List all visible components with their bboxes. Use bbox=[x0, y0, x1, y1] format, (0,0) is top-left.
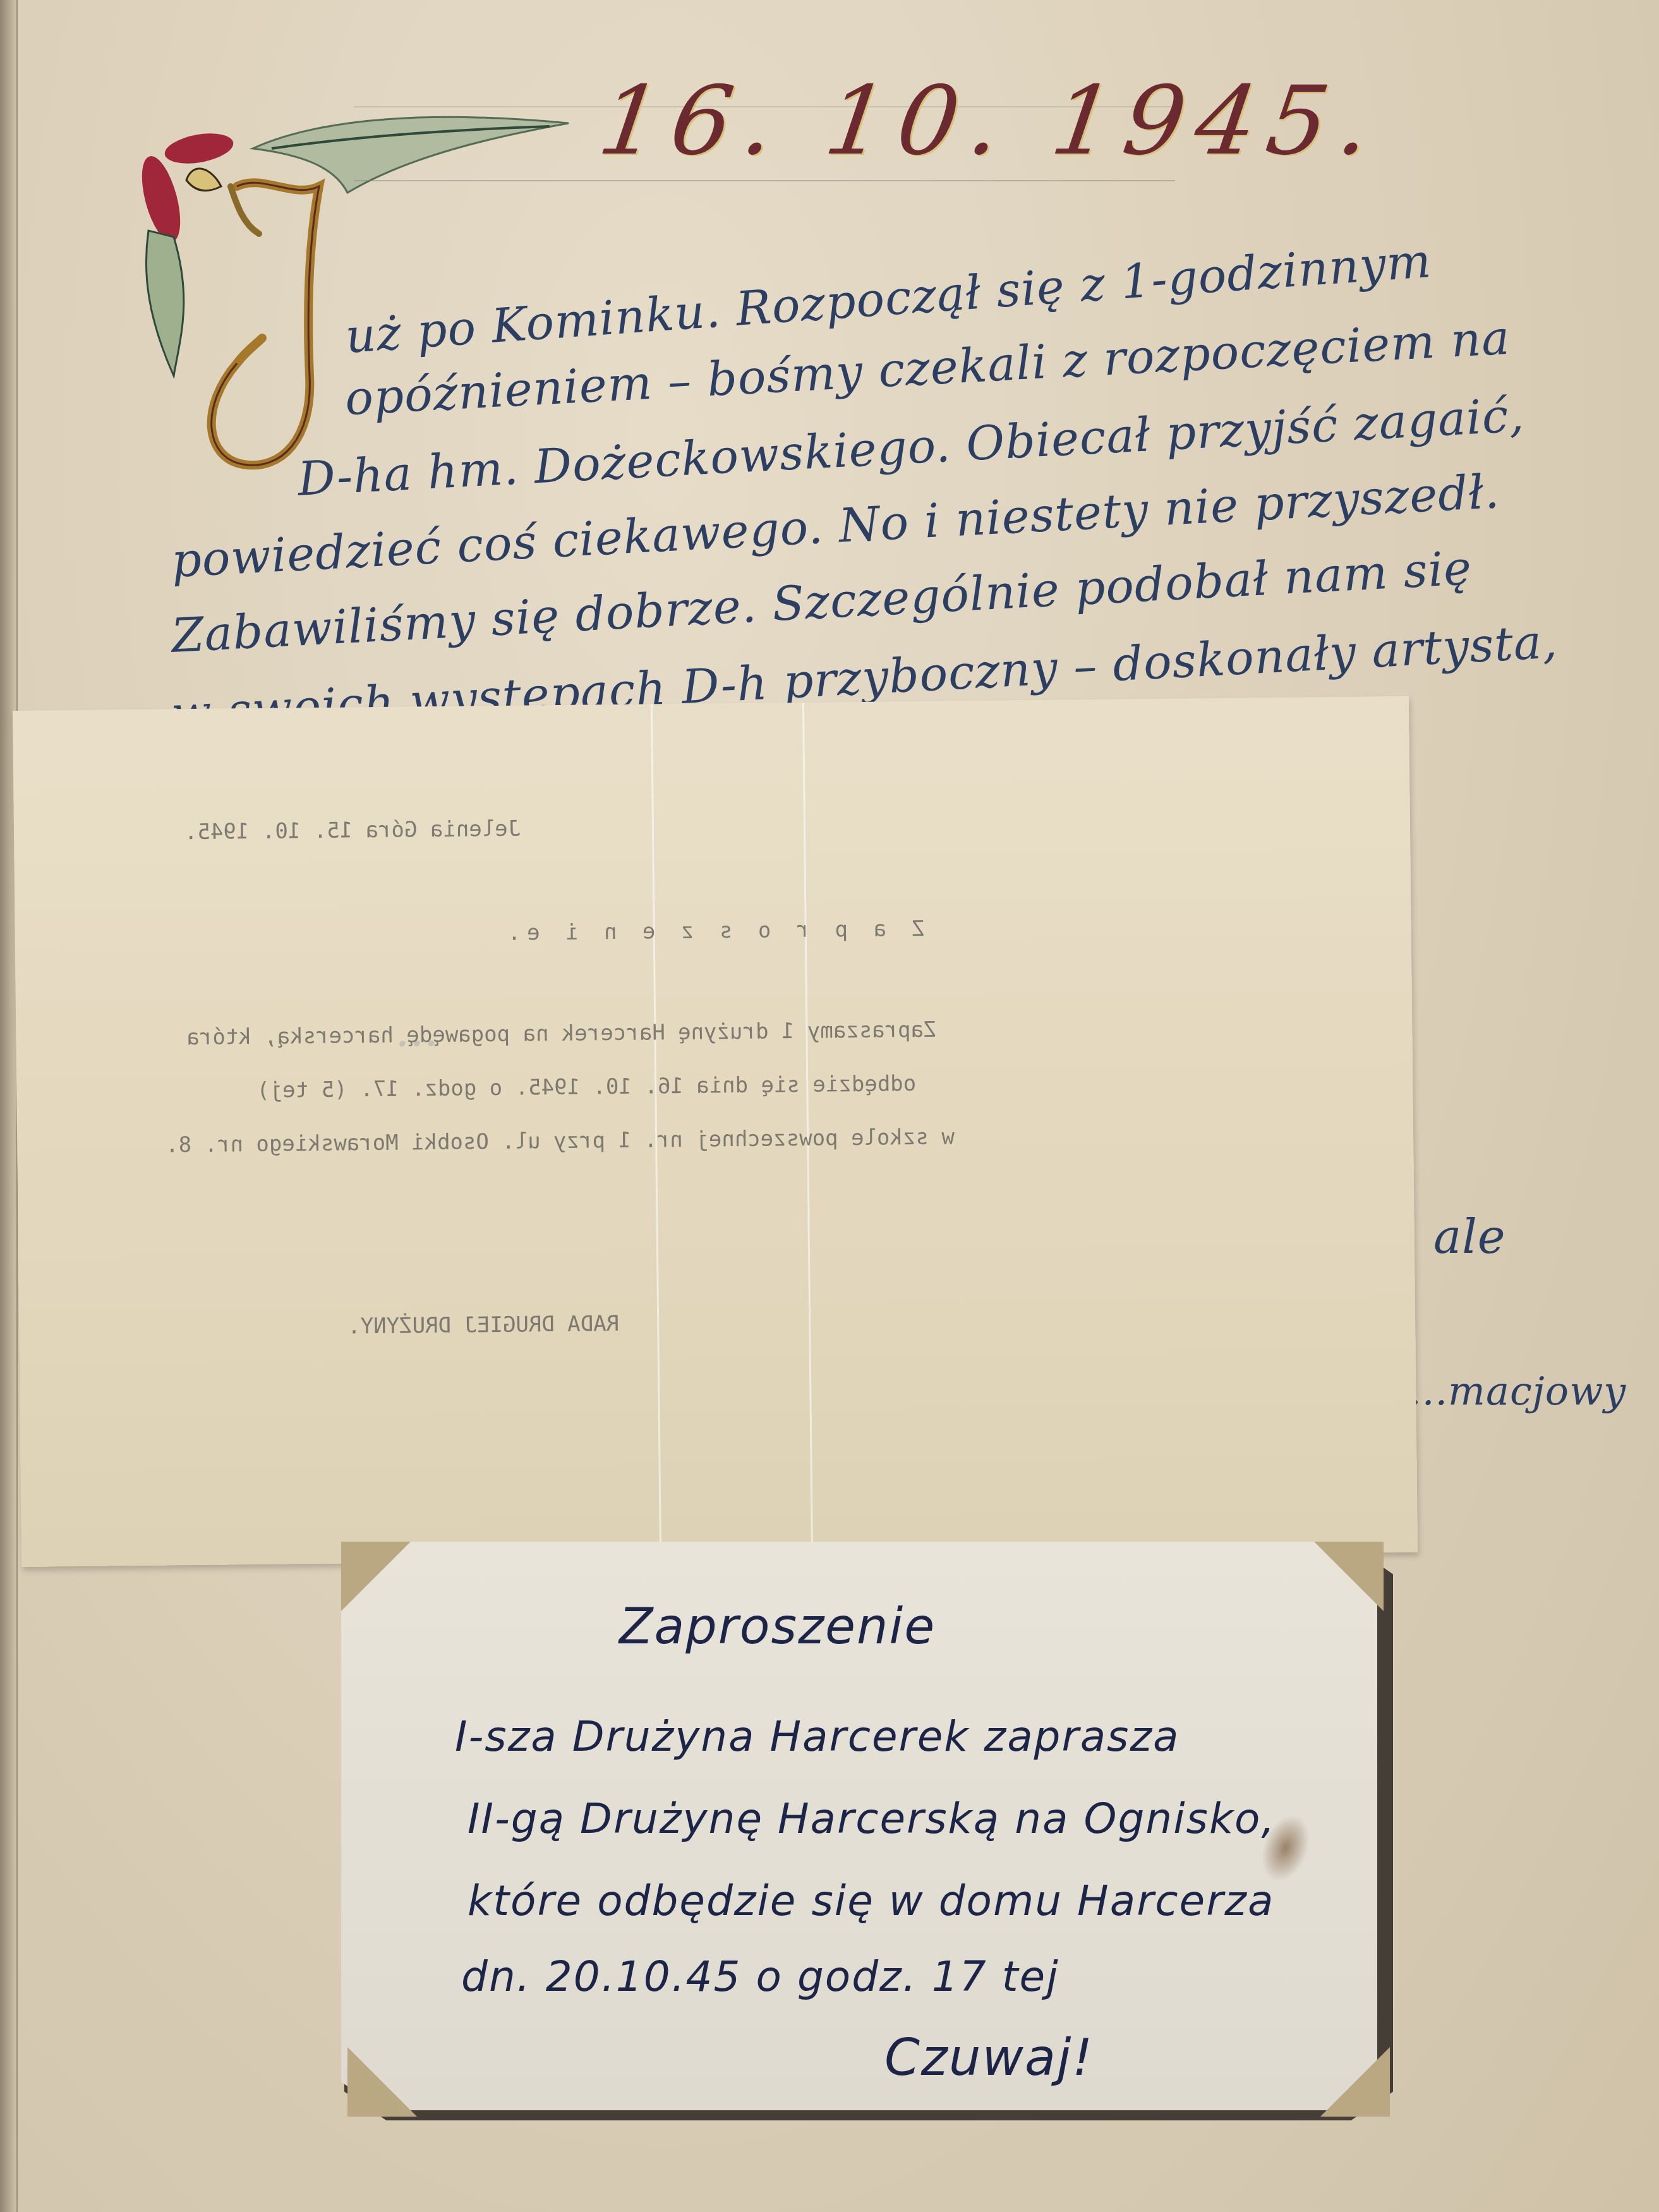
typed-title: Z a p r o s z e n i e. bbox=[502, 916, 926, 946]
typed-invitation-sheet: ... Jelenia Góra 15. 10. 1945. Z a p r o… bbox=[13, 696, 1418, 1567]
card-title: Zaproszenie bbox=[619, 1599, 936, 1655]
typed-body-line-1: Zapraszamy 1 drużynę Harcerek na pogawęd… bbox=[186, 1017, 937, 1050]
date-underline bbox=[354, 180, 1175, 181]
typed-signature: RADA DRUGIEJ DRUŻYNY. bbox=[347, 1311, 619, 1339]
card-closing: Czuwaj! bbox=[884, 2028, 1094, 2087]
entry-date-heading: 16. 10. 1945. bbox=[593, 66, 1389, 176]
journal-partial-word-macjowy: ...macjowy bbox=[1409, 1368, 1626, 1414]
journal-partial-word-ale: , ale bbox=[1403, 1210, 1506, 1264]
typed-body-line-2: odbędzie się dnia 16. 10. 1945. o godz. … bbox=[256, 1071, 916, 1103]
typed-place-date: Jelenia Góra 15. 10. 1945. bbox=[184, 816, 521, 845]
card-line-3: które odbędzie się w domu Harcerza bbox=[468, 1877, 1274, 1925]
handwritten-invitation-card: Zaproszenie I-sza Drużyna Harcerek zapra… bbox=[341, 1542, 1377, 2110]
card-line-2: II-gą Drużynę Harcerską na Ognisko, bbox=[468, 1794, 1276, 1843]
card-line-4: dn. 20.10.45 o godz. 17 tej bbox=[461, 1952, 1059, 2001]
album-page: 16. 10. 1945. uż po Kominku. Rozpoczął s… bbox=[0, 0, 1659, 2212]
book-binding-edge bbox=[0, 0, 18, 2212]
decorated-initial-j-icon bbox=[136, 111, 344, 477]
card-line-1: I-sza Drużyna Harcerek zaprasza bbox=[455, 1712, 1180, 1761]
typed-body-line-3: w szkole powszechnej nr. 1 przy ul. Osob… bbox=[166, 1124, 955, 1157]
